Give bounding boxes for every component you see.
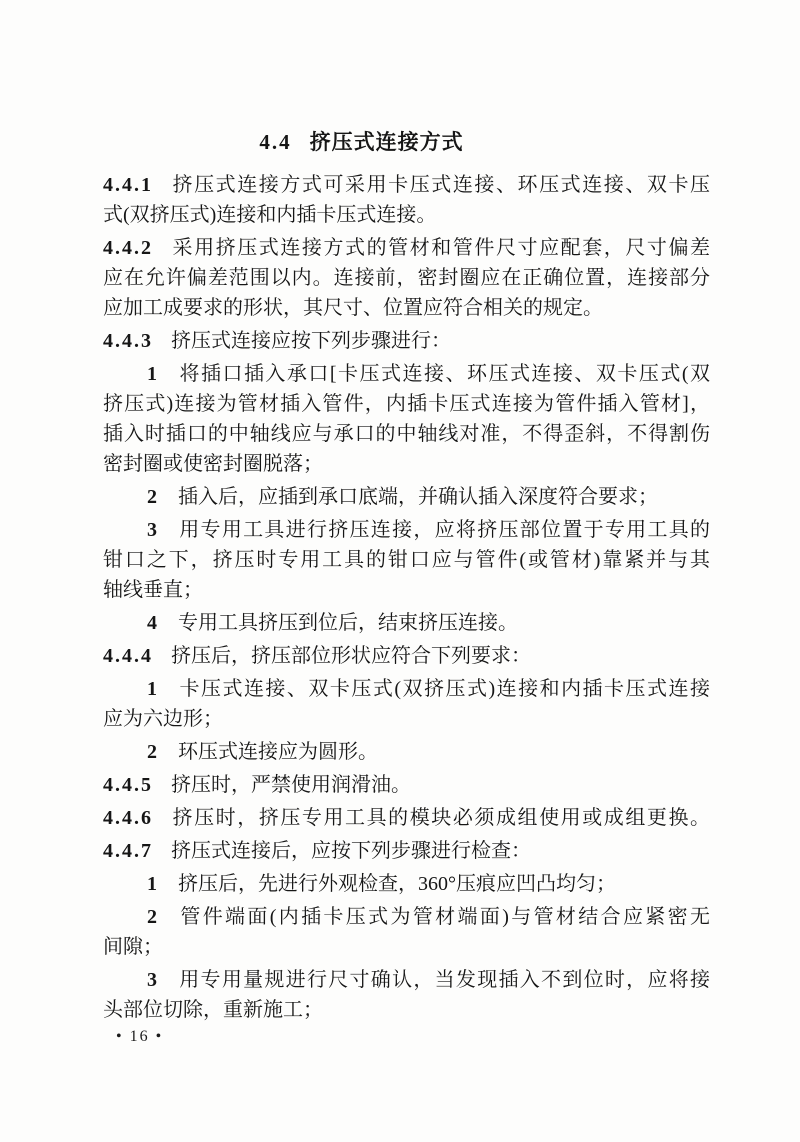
item-number: 2 bbox=[147, 486, 157, 508]
line-text: 用专用工具进行挤压连接，应将挤压部位置于专用工具的 bbox=[178, 519, 710, 541]
text-line: 应在允许偏差范围以内。连接前，密封圈应在正确位置，连接部分 bbox=[103, 263, 710, 293]
text-line: 4.4.3挤压式连接应按下列步骤进行： bbox=[103, 326, 710, 356]
line-text: 应为六边形； bbox=[103, 708, 223, 730]
list-item-paragraph: 2环压式连接应为圆形。 bbox=[103, 737, 710, 767]
text-line: 2管件端面(内插卡压式为管材端面)与管材结合应紧密无 bbox=[103, 902, 710, 932]
line-text: 管件端面(内插卡压式为管材端面)与管材结合应紧密无 bbox=[178, 906, 710, 928]
scanned-document-page: 4.4挤压式连接方式 4.4.1挤压式连接方式可采用卡压式连接、环压式连接、双卡… bbox=[0, 0, 800, 1142]
clause-paragraph: 4.4.2采用挤压式连接方式的管材和管件尺寸应配套，尺寸偏差应在允许偏差范围以内… bbox=[103, 233, 710, 323]
text-line: 头部位切除，重新施工； bbox=[103, 995, 710, 1025]
line-text: 间隙； bbox=[103, 936, 163, 958]
text-line: 4.4.7挤压式连接后，应按下列步骤进行检查： bbox=[103, 836, 710, 866]
clause-number: 4.4.7 bbox=[103, 840, 153, 862]
line-text: 轴线垂直； bbox=[103, 579, 203, 601]
clause-paragraph: 4.4.7挤压式连接后，应按下列步骤进行检查： bbox=[103, 836, 710, 866]
list-item-paragraph: 4专用工具挤压到位后，结束挤压连接。 bbox=[103, 608, 710, 638]
clause-number: 4.4.4 bbox=[103, 645, 153, 667]
line-text: 密封圈或使密封圈脱落； bbox=[103, 453, 323, 475]
item-number: 4 bbox=[147, 612, 157, 634]
line-text: 应在允许偏差范围以内。连接前，密封圈应在正确位置，连接部分 bbox=[103, 267, 710, 289]
line-text: 挤压时，严禁使用润滑油。 bbox=[171, 774, 411, 796]
line-text: 插入时插口的中轴线应与承口的中轴线对准，不得歪斜，不得割伤 bbox=[103, 423, 710, 445]
clause-paragraph: 4.4.5挤压时，严禁使用润滑油。 bbox=[103, 770, 710, 800]
line-text: 将插口插入承口[卡压式连接、环压式连接、双卡压式(双 bbox=[178, 363, 710, 385]
item-number: 2 bbox=[147, 906, 157, 928]
list-item-paragraph: 1挤压后，先进行外观检查，360°压痕应凹凸均匀； bbox=[103, 869, 710, 899]
page-number: • 16 • bbox=[116, 1028, 163, 1046]
text-line: 应加工成要求的形状，其尺寸、位置应符合相关的规定。 bbox=[103, 293, 710, 323]
line-text: 挤压式)连接为管材插入管件，内插卡压式连接为管件插入管材]， bbox=[103, 393, 710, 415]
line-text: 头部位切除，重新施工； bbox=[103, 999, 323, 1021]
item-number: 3 bbox=[147, 969, 157, 991]
clause-paragraph: 4.4.3挤压式连接应按下列步骤进行： bbox=[103, 326, 710, 356]
text-line: 间隙； bbox=[103, 932, 710, 962]
text-line: 应为六边形； bbox=[103, 704, 710, 734]
document-body: 4.4.1挤压式连接方式可采用卡压式连接、环压式连接、双卡压式(双挤压式)连接和… bbox=[103, 170, 710, 1025]
list-item-paragraph: 1卡压式连接、双卡压式(双挤压式)连接和内插卡压式连接应为六边形； bbox=[103, 674, 710, 734]
clause-number: 4.4.1 bbox=[103, 174, 153, 196]
line-text: 挤压后，先进行外观检查，360°压痕应凹凸均匀； bbox=[178, 873, 616, 895]
item-number: 1 bbox=[147, 678, 157, 700]
text-line: 3用专用工具进行挤压连接，应将挤压部位置于专用工具的 bbox=[103, 515, 710, 545]
text-line: 3用专用量规进行尺寸确认，当发现插入不到位时，应将接 bbox=[103, 965, 710, 995]
list-item-paragraph: 1将插口插入承口[卡压式连接、环压式连接、双卡压式(双挤压式)连接为管材插入管件… bbox=[103, 359, 710, 479]
text-line: 4.4.2采用挤压式连接方式的管材和管件尺寸应配套，尺寸偏差 bbox=[103, 233, 710, 263]
text-line: 1卡压式连接、双卡压式(双挤压式)连接和内插卡压式连接 bbox=[103, 674, 710, 704]
section-title: 4.4挤压式连接方式 bbox=[58, 128, 665, 156]
line-text: 式(双挤压式)连接和内插卡压式连接。 bbox=[103, 204, 436, 226]
line-text: 挤压时，挤压专用工具的模块必须成组使用或成组更换。 bbox=[171, 807, 710, 829]
text-line: 式(双挤压式)连接和内插卡压式连接。 bbox=[103, 200, 710, 230]
line-text: 用专用量规进行尺寸确认，当发现插入不到位时，应将接 bbox=[178, 969, 710, 991]
text-line: 挤压式)连接为管材插入管件，内插卡压式连接为管件插入管材]， bbox=[103, 389, 710, 419]
line-text: 挤压式连接后，应按下列步骤进行检查： bbox=[171, 840, 531, 862]
list-item-paragraph: 3用专用工具进行挤压连接，应将挤压部位置于专用工具的钳口之下，挤压时专用工具的钳… bbox=[103, 515, 710, 605]
text-line: 密封圈或使密封圈脱落； bbox=[103, 449, 710, 479]
line-text: 挤压后，挤压部位形状应符合下列要求： bbox=[171, 645, 531, 667]
text-line: 1将插口插入承口[卡压式连接、环压式连接、双卡压式(双 bbox=[103, 359, 710, 389]
line-text: 插入后，应插到承口底端，并确认插入深度符合要求； bbox=[178, 486, 658, 508]
text-line: 轴线垂直； bbox=[103, 575, 710, 605]
text-line: 4.4.1挤压式连接方式可采用卡压式连接、环压式连接、双卡压 bbox=[103, 170, 710, 200]
clause-number: 4.4.2 bbox=[103, 237, 153, 259]
text-line: 4.4.6挤压时，挤压专用工具的模块必须成组使用或成组更换。 bbox=[103, 803, 710, 833]
line-text: 环压式连接应为圆形。 bbox=[178, 741, 378, 763]
line-text: 专用工具挤压到位后，结束挤压连接。 bbox=[178, 612, 518, 634]
text-line: 钳口之下，挤压时专用工具的钳口应与管件(或管材)靠紧并与其 bbox=[103, 545, 710, 575]
text-line: 4专用工具挤压到位后，结束挤压连接。 bbox=[103, 608, 710, 638]
text-line: 2插入后，应插到承口底端，并确认插入深度符合要求； bbox=[103, 482, 710, 512]
item-number: 2 bbox=[147, 741, 157, 763]
item-number: 3 bbox=[147, 519, 157, 541]
clause-paragraph: 4.4.6挤压时，挤压专用工具的模块必须成组使用或成组更换。 bbox=[103, 803, 710, 833]
section-title-text: 挤压式连接方式 bbox=[310, 130, 464, 154]
clause-number: 4.4.6 bbox=[103, 807, 153, 829]
item-number: 1 bbox=[147, 873, 157, 895]
list-item-paragraph: 3用专用量规进行尺寸确认，当发现插入不到位时，应将接头部位切除，重新施工； bbox=[103, 965, 710, 1025]
line-text: 挤压式连接应按下列步骤进行： bbox=[171, 330, 451, 352]
line-text: 采用挤压式连接方式的管材和管件尺寸应配套，尺寸偏差 bbox=[171, 237, 710, 259]
text-line: 4.4.5挤压时，严禁使用润滑油。 bbox=[103, 770, 710, 800]
text-line: 插入时插口的中轴线应与承口的中轴线对准，不得歪斜，不得割伤 bbox=[103, 419, 710, 449]
section-number: 4.4 bbox=[259, 130, 291, 154]
clause-number: 4.4.3 bbox=[103, 330, 153, 352]
item-number: 1 bbox=[147, 363, 157, 385]
line-text: 应加工成要求的形状，其尺寸、位置应符合相关的规定。 bbox=[103, 297, 603, 319]
line-text: 挤压式连接方式可采用卡压式连接、环压式连接、双卡压 bbox=[171, 174, 710, 196]
list-item-paragraph: 2管件端面(内插卡压式为管材端面)与管材结合应紧密无间隙； bbox=[103, 902, 710, 962]
list-item-paragraph: 2插入后，应插到承口底端，并确认插入深度符合要求； bbox=[103, 482, 710, 512]
text-line: 4.4.4挤压后，挤压部位形状应符合下列要求： bbox=[103, 641, 710, 671]
line-text: 钳口之下，挤压时专用工具的钳口应与管件(或管材)靠紧并与其 bbox=[103, 549, 710, 571]
clause-paragraph: 4.4.4挤压后，挤压部位形状应符合下列要求： bbox=[103, 641, 710, 671]
page-content: 4.4挤压式连接方式 4.4.1挤压式连接方式可采用卡压式连接、环压式连接、双卡… bbox=[103, 128, 710, 1028]
clause-paragraph: 4.4.1挤压式连接方式可采用卡压式连接、环压式连接、双卡压式(双挤压式)连接和… bbox=[103, 170, 710, 230]
clause-number: 4.4.5 bbox=[103, 774, 153, 796]
text-line: 1挤压后，先进行外观检查，360°压痕应凹凸均匀； bbox=[103, 869, 710, 899]
line-text: 卡压式连接、双卡压式(双挤压式)连接和内插卡压式连接 bbox=[178, 678, 710, 700]
text-line: 2环压式连接应为圆形。 bbox=[103, 737, 710, 767]
